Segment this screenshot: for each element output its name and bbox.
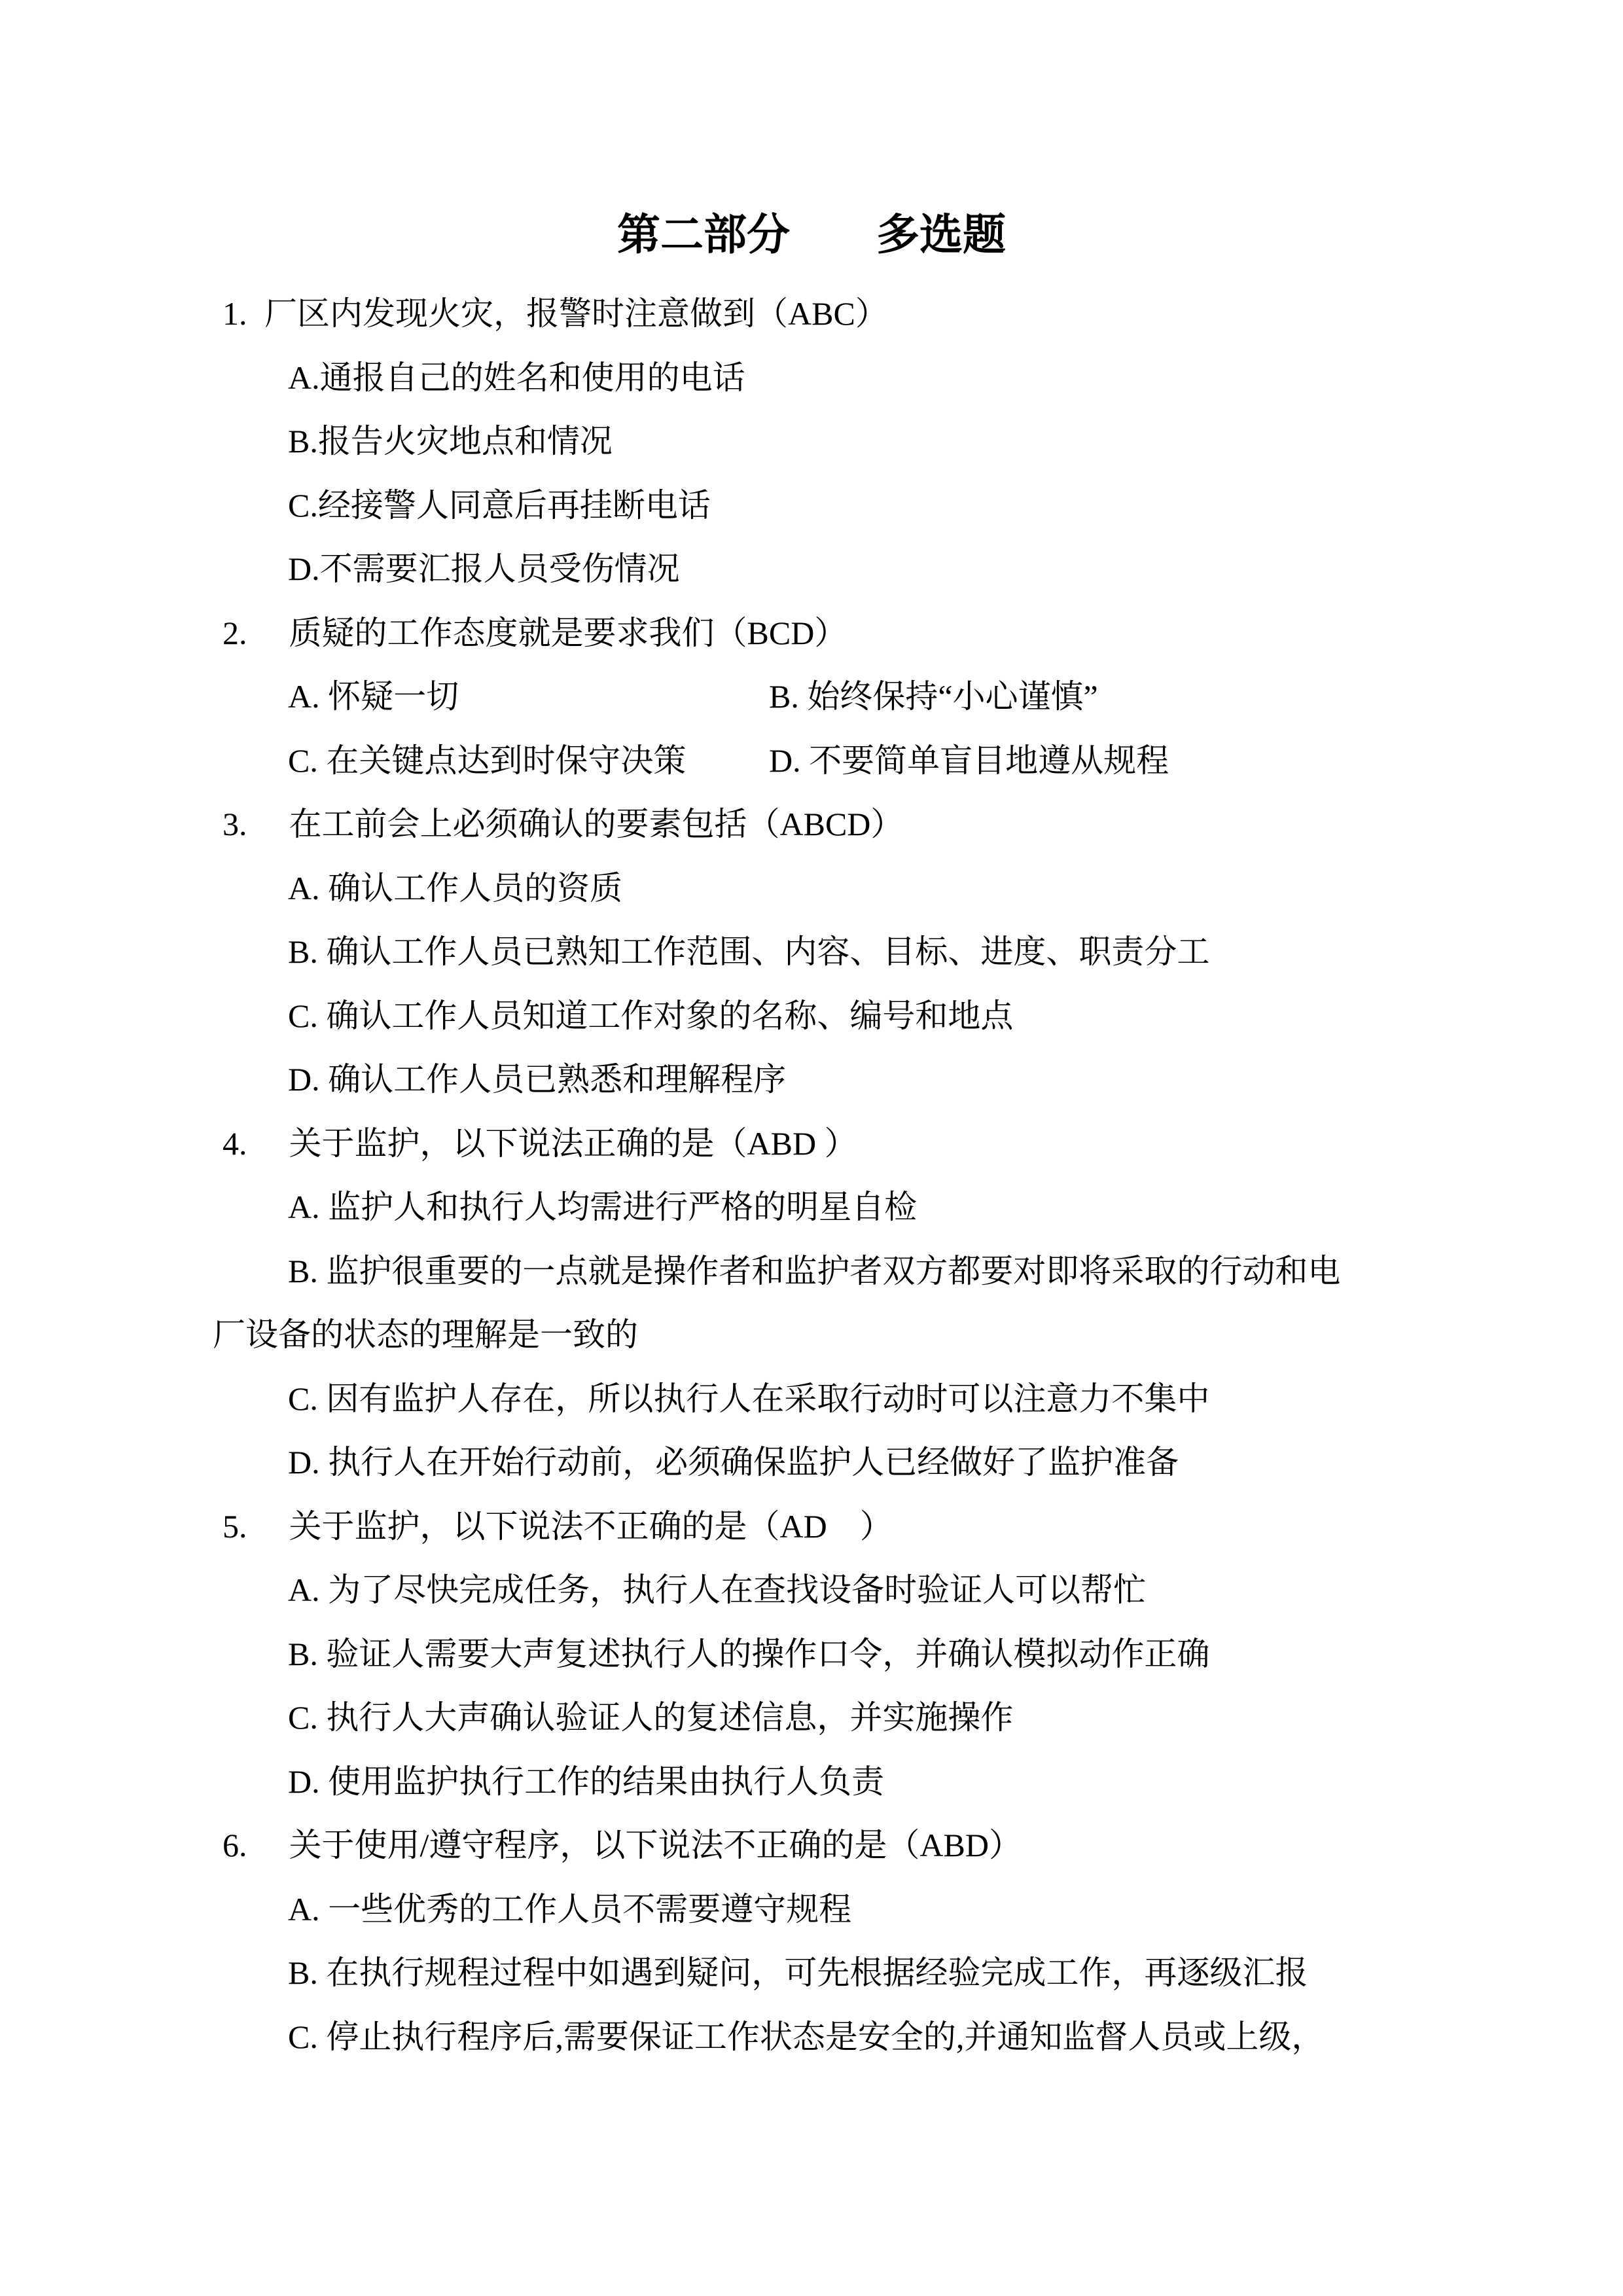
option-item: B. 确认工作人员已熟知工作范围、内容、目标、进度、职责分工 <box>0 920 1623 984</box>
question-line: 1. 厂区内发现火灾，报警时注意做到（ABC） <box>0 282 1623 346</box>
option-item: C. 确认工作人员知道工作对象的名称、编号和地点 <box>0 984 1623 1049</box>
section-title: 第二部分 多选题 <box>0 209 1623 261</box>
question-number: 1. <box>223 295 247 332</box>
option-item: A. 确认工作人员的资质 <box>0 857 1623 921</box>
option-item: D. 执行人在开始行动前，必须确保监护人已经做好了监护准备 <box>0 1431 1623 1495</box>
question-stem: 在工前会上必须确认的要素包括（ABCD） <box>257 806 904 842</box>
option-item: B. 在执行规程过程中如遇到疑问，可先根据经验完成工作，再逐级汇报 <box>0 1941 1623 2005</box>
question-number: 5. <box>223 1508 247 1545</box>
question-number: 4. <box>223 1125 247 1162</box>
option-item: B.报告火灾地点和情况 <box>0 410 1623 474</box>
question-line: 4. 关于监护，以下说法正确的是（ABD ） <box>0 1112 1623 1176</box>
option-item: C. 因有监护人存在，所以执行人在采取行动时可以注意力不集中 <box>0 1367 1623 1431</box>
option-item: A. 怀疑一切 <box>288 665 769 729</box>
option-item: B. 始终保持“小心谨慎” <box>769 665 1098 729</box>
question-line: 6. 关于使用/遵守程序，以下说法不正确的是（ABD） <box>0 1814 1623 1878</box>
option-item: D. 确认工作人员已熟悉和理解程序 <box>0 1048 1623 1112</box>
option-item: B. 监护很重要的一点就是操作者和监护者双方都要对即将采取的行动和电 <box>0 1240 1623 1304</box>
option-item: A.通报自己的姓名和使用的电话 <box>0 346 1623 410</box>
option-item: A. 一些优秀的工作人员不需要遵守规程 <box>0 1878 1623 1942</box>
question-stem: 关于监护，以下说法不正确的是（AD ） <box>257 1508 893 1545</box>
document-page: { "page": { "background_color": "#ffffff… <box>0 0 1623 2296</box>
exam-page: 第二部分 多选题 1. 厂区内发现火灾，报警时注意做到（ABC）A.通报自己的姓… <box>0 0 1623 2296</box>
question-number: 6. <box>223 1827 247 1863</box>
option-item: C.经接警人同意后再挂断电话 <box>0 474 1623 538</box>
option-item: A. 为了尽快完成任务，执行人在查找设备时验证人可以帮忙 <box>0 1558 1623 1623</box>
option-item: C. 停止执行程序后,需要保证工作状态是安全的,并通知监督人员或上级， <box>0 2005 1623 2070</box>
question-number: 3. <box>223 806 247 842</box>
option-row: A. 怀疑一切B. 始终保持“小心谨慎” <box>0 665 1623 729</box>
question-stem: 厂区内发现火灾，报警时注意做到（ABC） <box>257 295 888 332</box>
question-stem: 质疑的工作态度就是要求我们（BCD） <box>257 615 847 651</box>
question-stem: 关于使用/遵守程序，以下说法不正确的是（ABD） <box>257 1827 1022 1863</box>
question-line: 2. 质疑的工作态度就是要求我们（BCD） <box>0 601 1623 666</box>
option-item: D. 不要简单盲目地遵从规程 <box>769 729 1169 793</box>
question-line: 3. 在工前会上必须确认的要素包括（ABCD） <box>0 793 1623 857</box>
option-item: D.不需要汇报人员受伤情况 <box>0 537 1623 601</box>
option-item: C. 执行人大声确认验证人的复述信息，并实施操作 <box>0 1686 1623 1750</box>
question-stem: 关于监护，以下说法正确的是（ABD ） <box>257 1125 857 1162</box>
question-number: 2. <box>223 615 247 651</box>
question-list: 1. 厂区内发现火灾，报警时注意做到（ABC）A.通报自己的姓名和使用的电话B.… <box>0 282 1623 2069</box>
question-line: 5. 关于监护，以下说法不正确的是（AD ） <box>0 1495 1623 1559</box>
option-row: C. 在关键点达到时保守决策D. 不要简单盲目地遵从规程 <box>0 729 1623 793</box>
option-item: B. 验证人需要大声复述执行人的操作口令，并确认模拟动作正确 <box>0 1623 1623 1687</box>
option-item: A. 监护人和执行人均需进行严格的明星自检 <box>0 1175 1623 1240</box>
option-item: C. 在关键点达到时保守决策 <box>288 729 769 793</box>
option-continuation: 厂设备的状态的理解是一致的 <box>0 1303 1623 1367</box>
option-item: D. 使用监护执行工作的结果由执行人负责 <box>0 1750 1623 1814</box>
